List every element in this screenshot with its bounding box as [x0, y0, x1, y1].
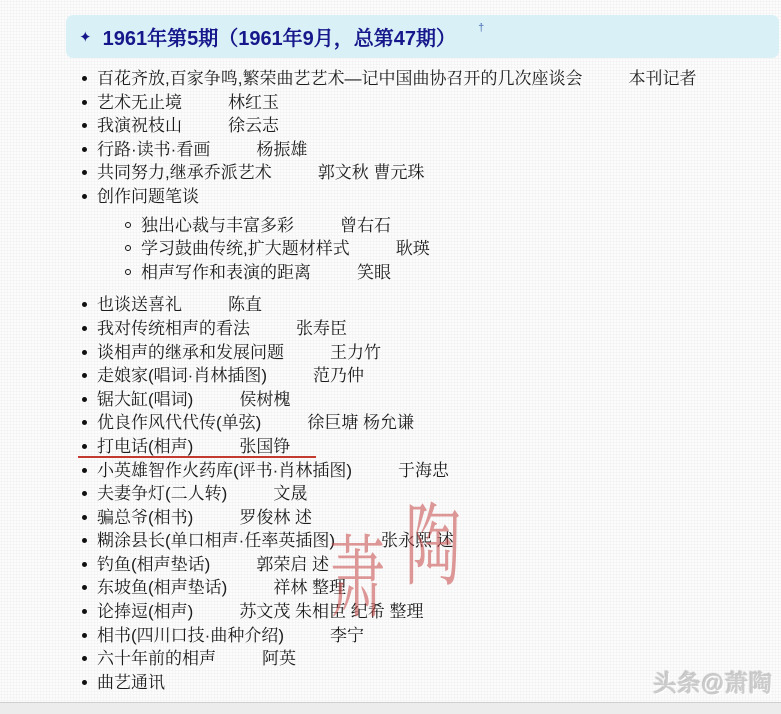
item-title: 学习鼓曲传统,扩大题材样式: [141, 239, 350, 258]
disc-bullet-icon: [82, 562, 87, 567]
item-author: 王力竹: [330, 343, 381, 362]
item-title: 钓鱼(相声垫话): [97, 555, 210, 574]
item-title: 曲艺通讯: [97, 673, 165, 692]
item-author: 文晟: [273, 484, 307, 503]
item-title: 锯大缸(唱词): [97, 390, 193, 409]
disc-bullet-icon: [82, 420, 87, 425]
item-title: 打电话(相声): [97, 437, 193, 456]
item-title: 走娘家(唱词·肖林插图): [97, 366, 267, 385]
item-author: 侯树槐: [239, 390, 290, 409]
item-author: 范乃仲: [313, 366, 364, 385]
toc-item: 我对传统相声的看法张寿臣: [82, 317, 696, 341]
item-title: 百花齐放,百家争鸣,繁荣曲艺艺术—记中国曲协召开的几次座谈会: [97, 69, 582, 88]
toc-item: 论捧逗(相声)苏文茂 朱相臣 纪希 整理: [82, 600, 696, 624]
toc-item: 骗总爷(相书)罗俊林 述: [82, 506, 696, 530]
item-title: 我对传统相声的看法: [97, 319, 250, 338]
item-author: 张国铮: [239, 437, 290, 456]
toc-item: 打电话(相声)张国铮: [82, 435, 696, 459]
disc-bullet-icon: [82, 397, 87, 402]
item-title: 独出心裁与丰富多彩: [141, 216, 294, 235]
item-author: 罗俊林 述: [239, 508, 312, 527]
footnote-dagger-link[interactable]: †: [478, 22, 484, 34]
disc-bullet-icon: [82, 656, 87, 661]
disc-bullet-icon: [82, 680, 87, 685]
item-author: 本刊记者: [628, 69, 696, 88]
disc-bullet-icon: [82, 194, 87, 199]
disc-bullet-icon: [82, 633, 87, 638]
circle-bullet-icon: [125, 269, 131, 275]
disc-bullet-icon: [82, 123, 87, 128]
disc-bullet-icon: [82, 170, 87, 175]
item-author: 张寿臣: [296, 319, 347, 338]
item-title: 小英雄智作火药库(评书·肖林插图): [97, 461, 352, 480]
toc-sublist: 独出心裁与丰富多彩曾右石学习鼓曲传统,扩大题材样式耿瑛相声写作和表演的距离笑眼: [125, 214, 696, 285]
disc-bullet-icon: [82, 100, 87, 105]
disc-bullet-icon: [82, 302, 87, 307]
item-title: 也谈送喜礼: [97, 295, 182, 314]
toc-item: 糊涂县长(单口相声·任率英插图)张永熙 述: [82, 529, 696, 553]
toc-item: 行路·读书·看画杨振雄: [82, 138, 696, 162]
toc-item: 创作问题笔谈: [82, 185, 696, 209]
circle-bullet-icon: [125, 222, 131, 228]
disc-bullet-icon: [82, 76, 87, 81]
item-author: 徐云志: [228, 116, 279, 135]
item-title: 我演祝枝山: [97, 116, 182, 135]
toc-item: 六十年前的相声阿英: [82, 647, 696, 671]
item-author: 郭荣启 述: [256, 555, 329, 574]
item-title: 行路·读书·看画: [97, 140, 210, 159]
disc-bullet-icon: [82, 468, 87, 473]
toc-item: 走娘家(唱词·肖林插图)范乃仲: [82, 364, 696, 388]
toc-item: 小英雄智作火药库(评书·肖林插图)于海忠: [82, 459, 696, 483]
item-author: 于海忠: [398, 461, 449, 480]
toc-item: 共同努力,继承乔派艺术郭文秋 曹元珠: [82, 161, 696, 185]
bottom-bar: [0, 702, 781, 714]
toc-item: 相书(四川口技·曲种介绍)李宁: [82, 624, 696, 648]
toc-item: 学习鼓曲传统,扩大题材样式耿瑛: [125, 237, 696, 261]
item-title: 东坡鱼(相声垫话): [97, 578, 227, 597]
disc-bullet-icon: [82, 585, 87, 590]
item-author: 曾右石: [340, 216, 391, 235]
item-author: 耿瑛: [396, 239, 430, 258]
item-author: 徐巨塘 杨允谦: [307, 413, 414, 432]
issue-title: 1961年第5期（1961年9月，总第47期）: [103, 22, 456, 51]
item-title: 骗总爷(相书): [97, 508, 193, 527]
disc-bullet-icon: [82, 538, 87, 543]
item-title: 糊涂县长(单口相声·任率英插图): [97, 531, 335, 550]
item-author: 杨振雄: [256, 140, 307, 159]
item-title: 谈相声的继承和发展问题: [97, 343, 284, 362]
toc-item: 优良作风代代传(单弦)徐巨塘 杨允谦: [82, 411, 696, 435]
toc-item: 夫妻争灯(二人转)文晟: [82, 482, 696, 506]
disc-bullet-icon: [82, 326, 87, 331]
item-author: 苏文茂 朱相臣 纪希 整理: [239, 602, 423, 621]
issue-header: ✦ 1961年第5期（1961年9月，总第47期） †: [66, 15, 779, 58]
item-title: 创作问题笔谈: [97, 187, 199, 206]
item-title: 六十年前的相声: [97, 649, 216, 668]
item-author: 郭文秋 曹元珠: [318, 163, 425, 182]
circle-bullet-icon: [125, 245, 131, 251]
toc-item: 相声写作和表演的距离笑眼: [125, 261, 696, 285]
disc-bullet-icon: [82, 147, 87, 152]
toc-item: 谈相声的继承和发展问题王力竹: [82, 341, 696, 365]
toc-item: 东坡鱼(相声垫话)祥林 整理: [82, 576, 696, 600]
toc-item: 我演祝枝山徐云志: [82, 114, 696, 138]
toc-item: 百花齐放,百家争鸣,繁荣曲艺艺术—记中国曲协召开的几次座谈会本刊记者: [82, 67, 696, 91]
item-author: 祥林 整理: [273, 578, 346, 597]
disc-bullet-icon: [82, 515, 87, 520]
toc-item: 也谈送喜礼陈直: [82, 293, 696, 317]
item-author: 陈直: [228, 295, 262, 314]
item-title: 共同努力,继承乔派艺术: [97, 163, 272, 182]
disc-bullet-icon: [82, 444, 87, 449]
item-author: 林红玉: [228, 93, 279, 112]
item-title: 相声写作和表演的距离: [141, 263, 311, 282]
toc-list: 百花齐放,百家争鸣,繁荣曲艺艺术—记中国曲协召开的几次座谈会本刊记者艺术无止境林…: [82, 67, 696, 694]
item-title: 优良作风代代传(单弦): [97, 413, 261, 432]
item-author: 李宁: [330, 626, 364, 645]
item-author: 阿英: [262, 649, 296, 668]
item-author: 笑眼: [357, 263, 391, 282]
item-title: 夫妻争灯(二人转): [97, 484, 227, 503]
disc-bullet-icon: [82, 373, 87, 378]
item-author: 张永熙 述: [381, 531, 454, 550]
disc-bullet-icon: [82, 609, 87, 614]
toc-item: 独出心裁与丰富多彩曾右石: [125, 214, 696, 238]
disc-bullet-icon: [82, 350, 87, 355]
toc-item: 钓鱼(相声垫话)郭荣启 述: [82, 553, 696, 577]
item-title: 论捧逗(相声): [97, 602, 193, 621]
toutiao-author-watermark: 头条@萧陶: [654, 665, 773, 698]
toc-item: 曲艺通讯: [82, 671, 696, 695]
item-title: 艺术无止境: [97, 93, 182, 112]
item-title: 相书(四川口技·曲种介绍): [97, 626, 284, 645]
diamond-star-icon: ✦: [79, 28, 92, 46]
disc-bullet-icon: [82, 491, 87, 496]
toc-item: 锯大缸(唱词)侯树槐: [82, 388, 696, 412]
toc-item: 艺术无止境林红玉: [82, 91, 696, 115]
